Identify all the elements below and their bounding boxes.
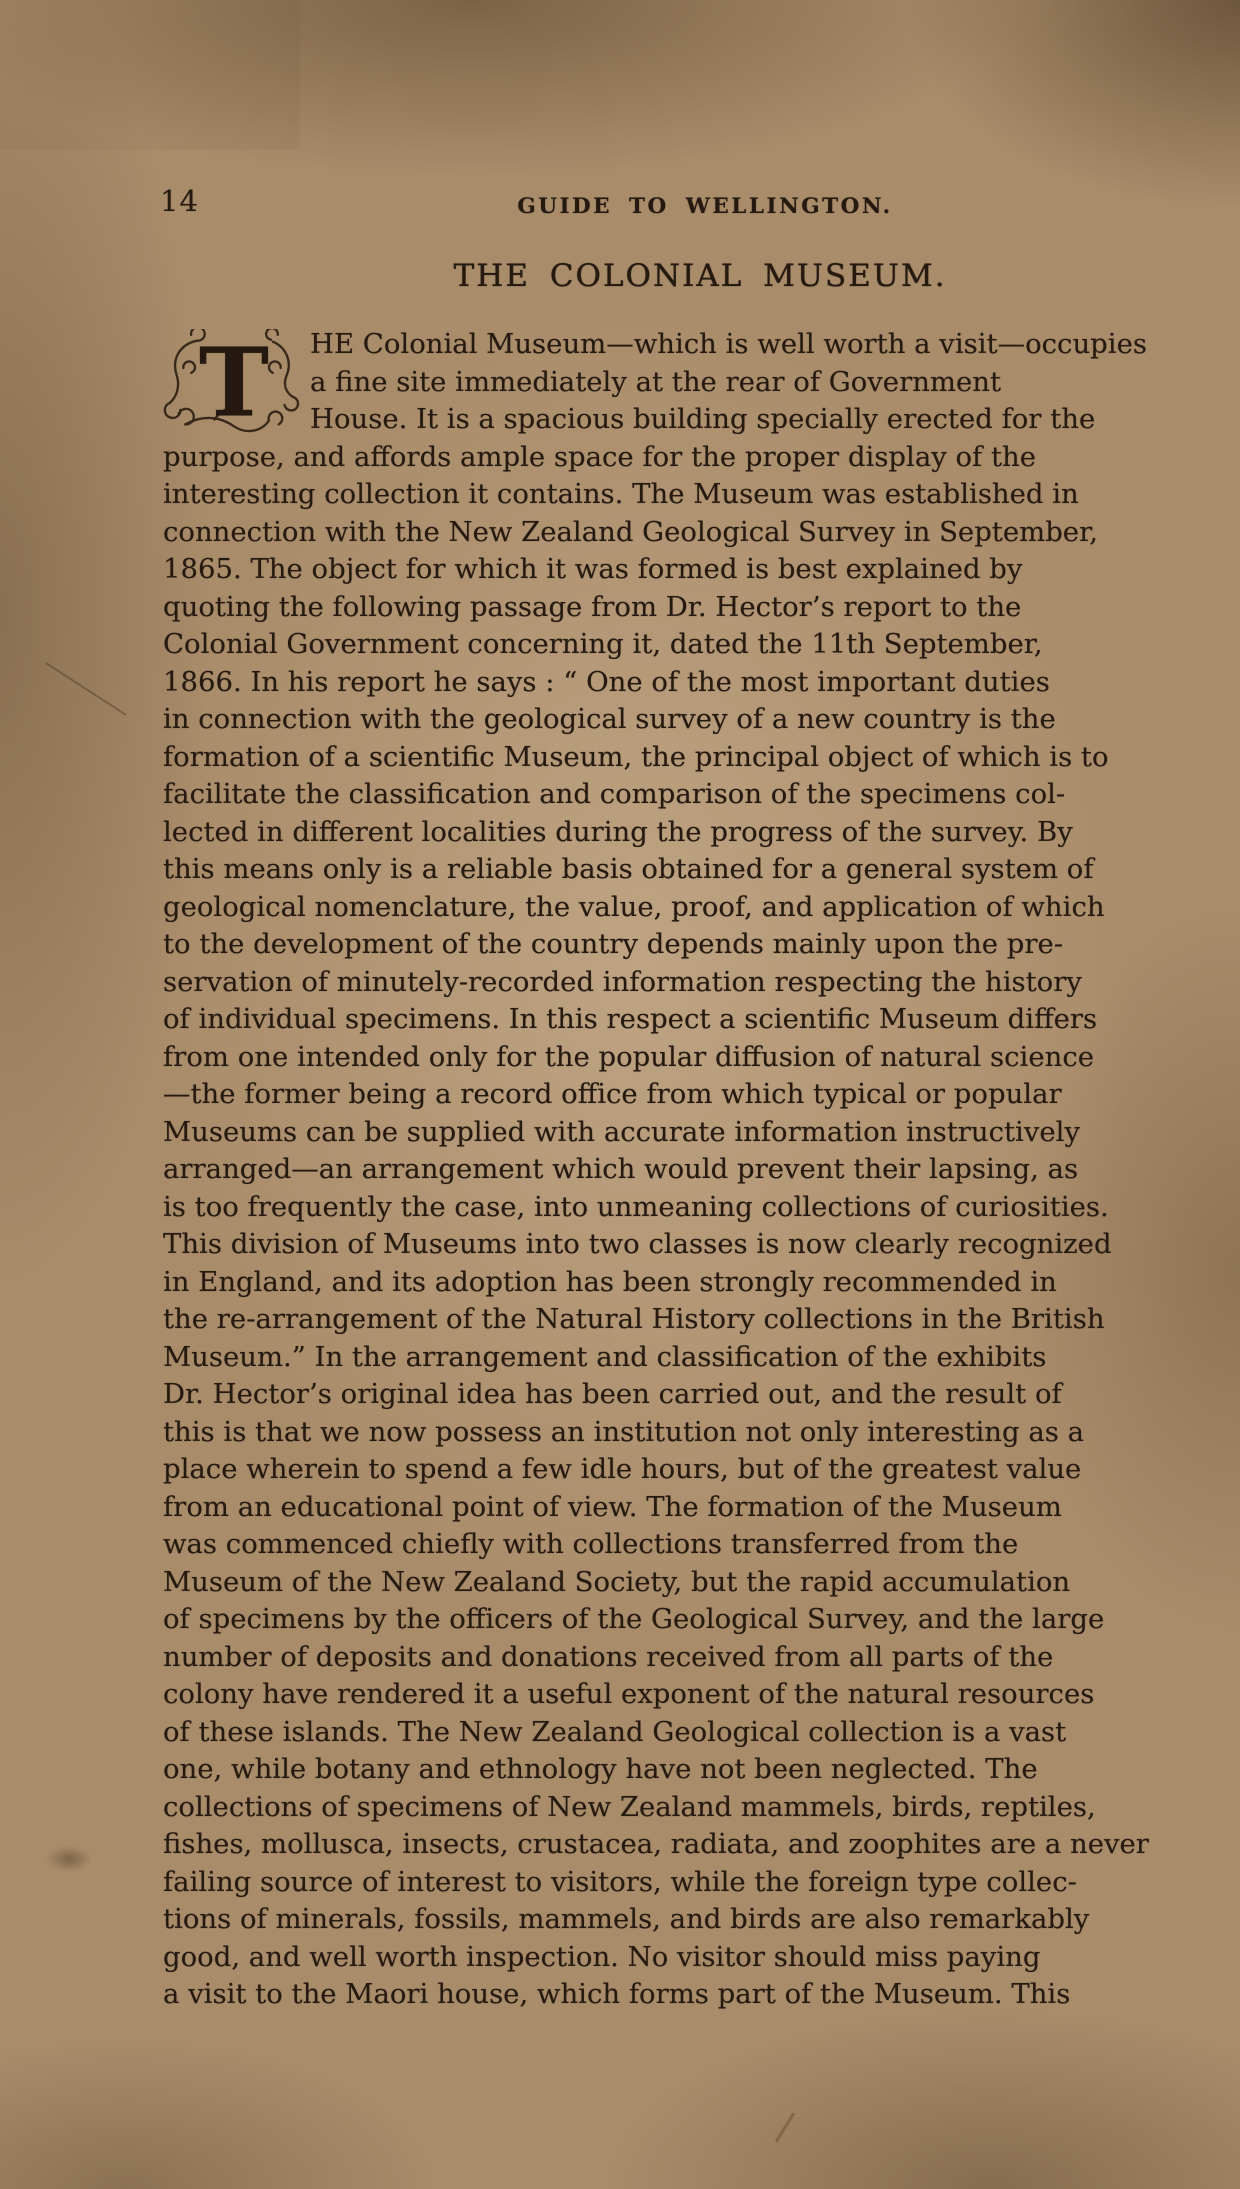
text-line: purpose, and affords ample space for the…: [163, 439, 1190, 477]
text-line: —the former being a record office from w…: [163, 1076, 1190, 1114]
text-line: connection with the New Zealand Geologic…: [163, 514, 1190, 552]
text-line: this is that we now possess an instituti…: [163, 1414, 1190, 1452]
scratch-mark: [45, 662, 127, 716]
text-line: a fine site immediately at the rear of G…: [310, 364, 1190, 402]
article-body: T HE Colonial Museum—which is well worth…: [163, 326, 1190, 2014]
text-line: the re-arrangement of the Natural Histor…: [163, 1301, 1190, 1339]
text-line: House. It is a spacious building special…: [310, 401, 1190, 439]
text-line: interesting collection it contains. The …: [163, 476, 1190, 514]
text-line: from an educational point of view. The f…: [163, 1489, 1190, 1527]
text-line: of specimens by the officers of the Geol…: [163, 1601, 1190, 1639]
text-line: quoting the following passage from Dr. H…: [163, 589, 1190, 627]
text-line: Museums can be supplied with accurate in…: [163, 1114, 1190, 1152]
text-line: arranged—an arrangement which would prev…: [163, 1151, 1190, 1189]
text-line: this means only is a reliable basis obta…: [163, 851, 1190, 889]
smudge-mark: [46, 1846, 92, 1872]
text-line: formation of a scientific Museum, the pr…: [163, 739, 1190, 777]
text-line: Museum of the New Zealand Society, but t…: [163, 1564, 1190, 1602]
text-line: of individual specimens. In this respect…: [163, 1001, 1190, 1039]
text-line: place wherein to spend a few idle hours,…: [163, 1451, 1190, 1489]
text-line: in connection with the geological survey…: [163, 701, 1190, 739]
paragraph-lines: HE Colonial Museum—which is well worth a…: [163, 326, 1190, 2014]
text-line: one, while botany and ethnology have not…: [163, 1751, 1190, 1789]
text-line: fishes, mollusca, insects, crustacea, ra…: [163, 1826, 1190, 1864]
text-line: Dr. Hector’s original idea has been carr…: [163, 1376, 1190, 1414]
text-line: 1865. The object for which it was formed…: [163, 551, 1190, 589]
scratch-mark: [775, 2112, 796, 2142]
text-line: This division of Museums into two classe…: [163, 1226, 1190, 1264]
text-line: lected in different localities during th…: [163, 814, 1190, 852]
text-line: in England, and its adoption has been st…: [163, 1264, 1190, 1302]
text-line: 1866. In his report he says : “ One of t…: [163, 664, 1190, 702]
ornate-initial-icon: T: [163, 329, 301, 438]
text-line: tions of minerals, fossils, mammels, and…: [163, 1901, 1190, 1939]
text-line: good, and well worth inspection. No visi…: [163, 1939, 1190, 1977]
text-line: was commenced chiefly with collections t…: [163, 1526, 1190, 1564]
text-line: a visit to the Maori house, which forms …: [163, 1976, 1190, 2014]
paper-grain-texture: [0, 0, 300, 150]
drop-cap-letter: T: [199, 329, 269, 438]
text-line: is too frequently the case, into unmeani…: [163, 1189, 1190, 1227]
article-title: THE COLONIAL MUSEUM.: [180, 258, 1220, 294]
book-page: 14 GUIDE TO WELLINGTON. THE COLONIAL MUS…: [0, 0, 1240, 2189]
text-line: servation of minutely-recorded informati…: [163, 964, 1190, 1002]
text-line: Colonial Government concerning it, dated…: [163, 626, 1190, 664]
text-line: geological nomenclature, the value, proo…: [163, 889, 1190, 927]
text-line: to the development of the country depend…: [163, 926, 1190, 964]
text-line: collections of specimens of New Zealand …: [163, 1789, 1190, 1827]
running-header: GUIDE TO WELLINGTON.: [0, 194, 1240, 219]
text-line: number of deposits and donations receive…: [163, 1639, 1190, 1677]
text-line: of these islands. The New Zealand Geolog…: [163, 1714, 1190, 1752]
text-line: HE Colonial Museum—which is well worth a…: [310, 326, 1190, 364]
text-line: failing source of interest to visitors, …: [163, 1864, 1190, 1902]
text-line: facilitate the classification and compar…: [163, 776, 1190, 814]
text-line: colony have rendered it a useful exponen…: [163, 1676, 1190, 1714]
text-line: from one intended only for the popular d…: [163, 1039, 1190, 1077]
text-line: Museum.” In the arrangement and classifi…: [163, 1339, 1190, 1377]
